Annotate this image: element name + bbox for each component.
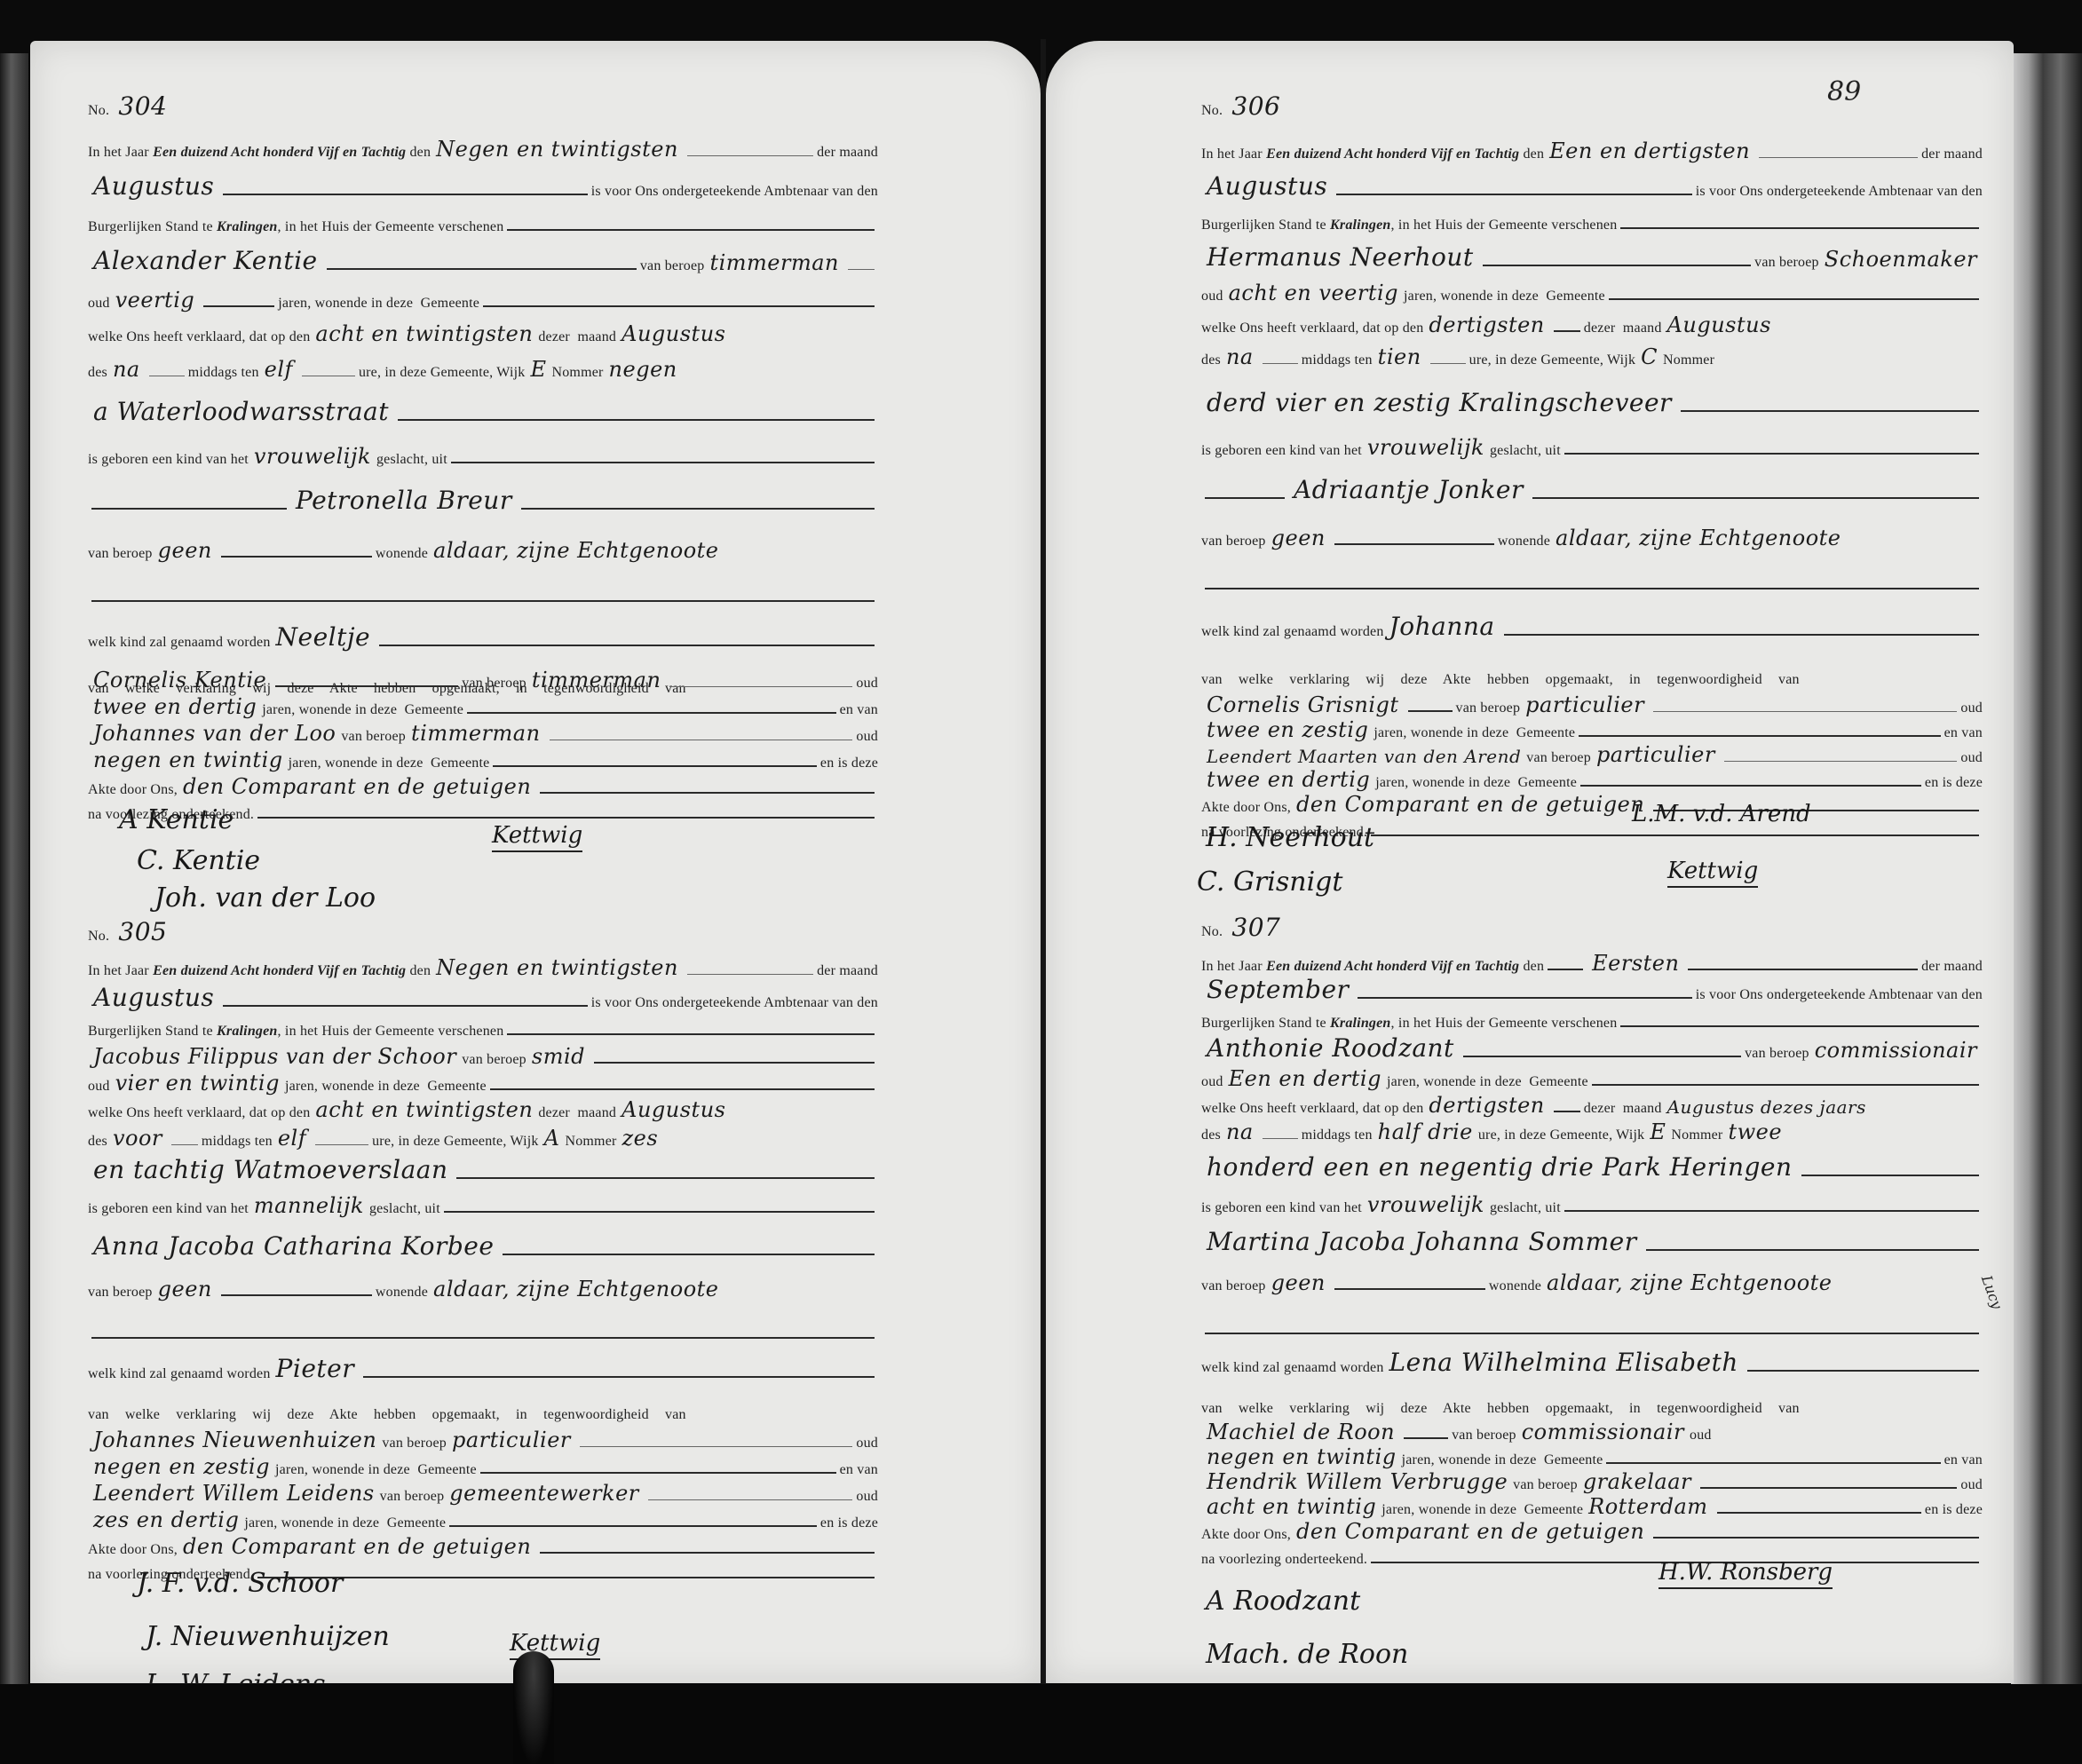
label: middags ten: [1302, 353, 1373, 368]
record-number: No. 305: [88, 920, 172, 945]
label: ure, in deze Gemeente, Wijk: [1469, 353, 1636, 368]
birth-day: dertigsten: [1423, 1095, 1549, 1116]
record-number-value: 305: [113, 917, 172, 946]
birth-hour: elf: [259, 359, 298, 380]
municipality: Kralingen: [1330, 218, 1391, 233]
birth-month: Augustus: [616, 323, 731, 344]
label: des: [1201, 1128, 1221, 1143]
book-edge-right: [2011, 53, 2082, 1705]
child-sex: vrouwelijk: [1362, 437, 1490, 458]
label: van beroep: [1201, 534, 1266, 549]
registration-month: Augustus: [1201, 174, 1333, 199]
label: In het Jaar: [88, 146, 149, 160]
wijk: E: [1644, 1121, 1671, 1143]
record-number-value: 306: [1226, 91, 1286, 121]
municipality: Kralingen: [1330, 1016, 1391, 1031]
witness1-age: twee en dertig: [88, 696, 262, 717]
municipality: Kralingen: [217, 1024, 278, 1039]
label: is geboren een kind van het: [1201, 1201, 1362, 1215]
label: van beroep: [640, 259, 705, 273]
declarant-age: acht en veertig: [1223, 282, 1404, 304]
birth-hour: half drie: [1373, 1121, 1478, 1143]
record-306: No. 306 In het Jaar Een duizend Acht hon…: [1201, 94, 1983, 778]
witness2-occupation: timmerman: [406, 723, 546, 744]
label: Burgerlijken Stand te: [88, 220, 213, 234]
label: middags ten: [1302, 1128, 1373, 1143]
mother-name: Petronella Breur: [290, 488, 518, 513]
label: dezer: [538, 1106, 570, 1120]
child-name: Lena Wilhelmina Elisabeth: [1384, 1350, 1744, 1375]
witness1-name: Cornelis Kentie: [88, 669, 272, 691]
no-label: No.: [88, 103, 109, 118]
declarant-age: veertig: [110, 289, 201, 311]
witness-signature: L.M. v.d. Arend: [1632, 801, 1811, 827]
label: Nommer: [551, 366, 603, 380]
label: der maand: [817, 146, 878, 160]
label: van welke verklaring wij deze Akte hebbe…: [88, 1408, 686, 1422]
label: is geboren een kind van het: [88, 453, 249, 467]
label: des: [1201, 353, 1221, 368]
record-number: No. 307: [1201, 915, 1286, 940]
label: ure, in deze Gemeente, Wijk: [1478, 1128, 1645, 1143]
nommer: twee: [1722, 1121, 1787, 1143]
label: In het Jaar: [1201, 960, 1263, 974]
ampm: na: [1221, 346, 1259, 368]
label: middags ten: [202, 1135, 273, 1149]
label: welk kind zal genaamd worden: [88, 636, 271, 650]
declarant-age: vier en twintig: [110, 1072, 285, 1094]
label: is geboren een kind van het: [1201, 444, 1362, 458]
signature: A Kentie: [119, 804, 234, 835]
witness1-age: negen en zestig: [88, 1456, 275, 1477]
label: maand: [577, 330, 616, 344]
label: , in het Huis der Gemeente verschenen: [1391, 1016, 1618, 1031]
official-signature: Kettwig: [492, 822, 582, 852]
label: middags ten: [188, 366, 259, 380]
signature: H. Neerhout: [1206, 822, 1374, 853]
mother-residence: aldaar, zijne Echtgenoote: [428, 540, 724, 561]
label: van welke verklaring wij deze Akte hebbe…: [1201, 673, 1800, 687]
finger-holding-page: [513, 1651, 554, 1764]
signature: J. Nieuwenhuijzen: [146, 1621, 390, 1652]
declarant-occupation: commissionair: [1809, 1040, 1983, 1061]
registration-day: Negen en twintigsten: [431, 957, 684, 978]
ampm: na: [1221, 1121, 1259, 1143]
label: van beroep: [88, 1285, 153, 1300]
label: der maand: [1921, 147, 1983, 162]
mother-residence: aldaar, zijne Echtgenoote: [428, 1278, 724, 1300]
record-number-value: 307: [1226, 913, 1286, 942]
label: den: [1523, 960, 1544, 974]
label: welke Ons heeft verklaard, dat op den: [88, 330, 310, 344]
signature: Mach. de Roon: [1206, 1639, 1408, 1670]
printed-year: Een duizend Acht honderd Vijf en Tachtig: [1266, 147, 1519, 162]
label: geslacht, uit: [369, 1202, 440, 1216]
bottom-shadow: [0, 1684, 2082, 1764]
label: van beroep: [1745, 1047, 1809, 1061]
no-label: No.: [1201, 103, 1223, 118]
label: jaren, wonende in deze: [278, 297, 413, 311]
label: geslacht, uit: [1490, 1201, 1561, 1215]
label: der maand: [1921, 960, 1983, 974]
record-number: No. 304: [88, 94, 172, 119]
printed-year: Een duizend Acht honderd Vijf en Tachtig: [153, 146, 406, 160]
label: van beroep: [1754, 256, 1819, 270]
address-line: a Waterloodwarsstraat: [88, 399, 394, 424]
label: welk kind zal genaamd worden: [1201, 1361, 1384, 1375]
registration-day: Eersten: [1587, 953, 1684, 974]
label: , in het Huis der Gemeente verschenen: [1391, 218, 1618, 233]
label: wonende: [376, 1285, 428, 1300]
label: den: [1523, 147, 1544, 162]
record-307: No. 307 In het Jaar Een duizend Acht hon…: [1201, 915, 1983, 1590]
declarant-occupation: timmerman: [704, 252, 844, 273]
witness2-name: Leendert Willem Leidens: [88, 1483, 380, 1504]
declarant-name: Alexander Kentie: [88, 249, 323, 273]
witness2-occupation: gemeentewerker: [444, 1483, 644, 1504]
printed-year: Een duizend Acht honderd Vijf en Tachtig: [1266, 960, 1519, 974]
right-page: 89 Lucy No. 306 In het Jaar Een duizend …: [1046, 41, 2014, 1683]
declarant-occupation: smid: [526, 1046, 590, 1067]
address-line: en tachtig Watmoeverslaan: [88, 1158, 453, 1183]
mother-residence: aldaar, zijne Echtgenoote: [1541, 1272, 1837, 1293]
mother-occupation: geen: [153, 540, 218, 561]
signature: C. Grisnigt: [1197, 866, 1342, 898]
mother-occupation: geen: [153, 1278, 218, 1300]
label: maand: [1623, 321, 1662, 336]
registration-day: Een en dertigsten: [1544, 140, 1755, 162]
label: wonende: [376, 547, 428, 561]
birth-month: Augustus dezes jaars: [1662, 1098, 1872, 1116]
address-line: derd vier en zestig Kralingscheveer: [1201, 391, 1677, 415]
birth-hour: elf: [273, 1127, 312, 1149]
label: oud: [88, 297, 110, 311]
label: is voor Ons ondergeteekende Ambtenaar va…: [1696, 988, 1983, 1002]
label: Gemeente: [1546, 289, 1604, 304]
registration-month: Augustus: [88, 985, 219, 1010]
left-page: No. 304 In het Jaar Een duizend Acht hon…: [30, 41, 1041, 1683]
label: na voorlezing onderteekend.: [1201, 1553, 1367, 1567]
label: welke Ons heeft verklaard, dat op den: [88, 1106, 310, 1120]
ampm: voor: [107, 1127, 168, 1149]
label: geslacht, uit: [376, 453, 447, 467]
label: der maand: [817, 964, 878, 978]
child-sex: vrouwelijk: [249, 446, 376, 467]
official-signature: Kettwig: [1667, 858, 1758, 888]
child-name: Pieter: [271, 1357, 360, 1381]
child-name: Neeltje: [271, 625, 376, 650]
ampm: na: [107, 359, 146, 380]
declarant-name: Anthonie Roodzant: [1201, 1036, 1460, 1061]
label: des: [88, 366, 107, 380]
witness1-occupation: particulier: [447, 1429, 576, 1451]
label: maand: [577, 1106, 616, 1120]
label: van beroep: [1201, 1279, 1266, 1293]
label: is voor Ons ondergeteekende Ambtenaar va…: [591, 185, 878, 199]
no-label: No.: [1201, 924, 1223, 939]
book-edge-left: [0, 53, 28, 1705]
record-305: No. 305 In het Jaar Een duizend Acht hon…: [88, 920, 878, 1630]
registration-day: Negen en twintigsten: [431, 138, 684, 160]
label: geslacht, uit: [1490, 444, 1561, 458]
label: welk kind zal genaamd worden: [1201, 625, 1384, 639]
label: Nommer: [565, 1135, 616, 1149]
mother-occupation: geen: [1266, 1272, 1331, 1293]
mother-occupation: geen: [1266, 527, 1331, 549]
label: ure, in deze Gemeente, Wijk: [359, 366, 526, 380]
signature: A Roodzant: [1206, 1586, 1360, 1617]
record-304: No. 304 In het Jaar Een duizend Acht hon…: [88, 94, 878, 751]
label: jaren, wonende in deze: [1404, 289, 1539, 304]
declarant-occupation: Schoenmaker: [1819, 249, 1983, 270]
signature: Joh. van der Loo: [154, 882, 376, 914]
label: wonende: [1489, 1279, 1541, 1293]
label: wonende: [1498, 534, 1550, 549]
label: , in het Huis der Gemeente verschenen: [278, 1024, 504, 1039]
signature: C. Kentie: [137, 845, 260, 876]
registration-month: September: [1201, 977, 1354, 1002]
label: , in het Huis der Gemeente verschenen: [278, 220, 504, 234]
record-number: No. 306: [1201, 94, 1286, 119]
wijk: C: [1635, 346, 1663, 368]
label: is voor Ons ondergeteekende Ambtenaar va…: [591, 996, 878, 1010]
witness1-name: Johannes Nieuwenhuizen: [88, 1429, 382, 1451]
declarant-name: Jacobus Filippus van der Schoor: [88, 1046, 462, 1067]
label: Nommer: [1671, 1128, 1722, 1143]
nommer: negen: [604, 359, 683, 380]
mother-name: Martina Jacoba Johanna Sommer: [1201, 1230, 1643, 1254]
nommer: zes: [617, 1127, 664, 1149]
signature: J. F. v.d. Schoor: [137, 1568, 343, 1599]
birth-month: Augustus: [1662, 314, 1777, 336]
child-name: Johanna: [1384, 614, 1500, 639]
label: welk kind zal genaamd worden: [88, 1367, 271, 1381]
birth-hour: tien: [1373, 346, 1427, 368]
municipality: Kralingen: [217, 220, 278, 234]
wijk: A: [539, 1127, 566, 1149]
witness2-age: negen en twintig: [88, 749, 289, 771]
address-line: honderd een en negentig drie Park Hering…: [1201, 1155, 1798, 1180]
label: Burgerlijken Stand te: [1201, 218, 1326, 233]
label: dezer: [1584, 321, 1616, 336]
no-label: No.: [88, 929, 109, 944]
printed-year: Een duizend Acht honderd Vijf en Tachtig: [153, 964, 406, 978]
declarant-name: Hermanus Neerhout: [1201, 245, 1479, 270]
label: van beroep: [88, 547, 153, 561]
witness2-age: zes en dertig: [88, 1509, 244, 1531]
witness2-name: Johannes van der Loo: [88, 723, 341, 744]
label: Gemeente: [421, 297, 479, 311]
label: In het Jaar: [1201, 147, 1263, 162]
label: den: [409, 964, 431, 978]
label: den: [409, 146, 431, 160]
declarant-age: Een en dertig: [1223, 1068, 1387, 1089]
label: dezer: [538, 330, 570, 344]
birth-day: acht en twintigsten: [310, 323, 538, 344]
label: Burgerlijken Stand te: [1201, 1016, 1326, 1031]
label: Burgerlijken Stand te: [88, 1024, 213, 1039]
birth-day: acht en twintigsten: [310, 1099, 538, 1120]
wijk: E: [525, 359, 551, 380]
label: In het Jaar: [88, 964, 149, 978]
label: is voor Ons ondergeteekende Ambtenaar va…: [1696, 185, 1983, 199]
label: Nommer: [1663, 353, 1714, 368]
record-number-value: 304: [113, 91, 172, 121]
label: des: [88, 1135, 107, 1149]
child-sex: vrouwelijk: [1362, 1194, 1490, 1215]
mother-name: Anna Jacoba Catharina Korbee: [88, 1234, 499, 1259]
label: is geboren een kind van het: [88, 1202, 249, 1216]
witness1-occupation: timmerman: [526, 669, 667, 691]
label: oud: [1201, 289, 1223, 304]
birth-day: dertigsten: [1423, 314, 1549, 336]
child-sex: mannelijk: [249, 1195, 369, 1216]
label: welke Ons heeft verklaard, dat op den: [1201, 321, 1423, 336]
label: ure, in deze Gemeente, Wijk: [372, 1135, 539, 1149]
mother-name: Adriaantje Jonker: [1288, 478, 1529, 502]
mother-residence: aldaar, zijne Echtgenoote: [1550, 527, 1846, 549]
birth-month: Augustus: [616, 1099, 731, 1120]
registration-month: Augustus: [88, 174, 219, 199]
official-signature: H.W. Ronsberg: [1658, 1559, 1833, 1589]
